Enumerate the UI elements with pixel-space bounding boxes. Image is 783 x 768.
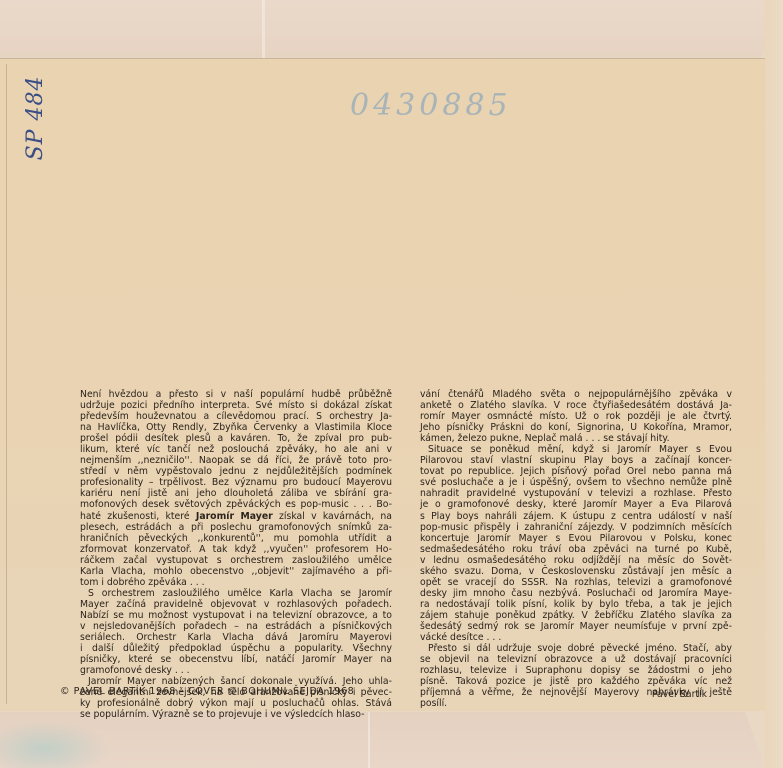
liner-notes-right-column: vání čtenářů Mladého světa o nejpopulárn…	[420, 389, 732, 720]
text-line: rozhlasu, televize i Supraphonu dopisy s…	[420, 665, 732, 676]
text-line: Není hvězdou a přesto si v naší populárn…	[80, 389, 392, 400]
text-line: kariéru není jistě ani jeho dlouholetá z…	[80, 488, 392, 499]
text-line: s Play boys nahráli zájem. K ústupu z ce…	[420, 511, 732, 522]
text-line: plesech, estrádách a při poslechu gramof…	[80, 522, 392, 533]
text-line: ského svazu. Doma, v Československu zůst…	[420, 566, 732, 577]
paragraph: Situace se poněkud mění, když si Jaromír…	[420, 444, 732, 643]
water-stain	[0, 720, 110, 768]
paragraph: Jaromír Mayer nabízených šancí dokonale …	[80, 676, 392, 720]
text-line: písně. Taková pozice je jistě pro každéh…	[420, 676, 732, 687]
text-line: Přesto si dál udržuje svoje dobré pěveck…	[420, 643, 732, 654]
text-line: je o gramofonové desky, které Jaromír Ma…	[420, 499, 732, 510]
text-line: písničky, které se obecenstvu líbí, natá…	[80, 654, 392, 665]
sleeve-right-edge	[765, 0, 783, 768]
text-line: ky profesionálně dobrý výkon mají u posl…	[80, 698, 392, 709]
copyright-line: © PAVEL BARTÍK 1968 – COVER © BOHUMIL ŠE…	[60, 686, 354, 697]
text-line: ráčkem začal vystupovat s orchestrem zas…	[80, 555, 392, 566]
text-line: vácké desítce . . .	[420, 632, 732, 643]
text-line: v nejsledovanějších pořadech – na estrád…	[80, 621, 392, 632]
paragraph: vání čtenářů Mladého světa o nejpopulárn…	[420, 389, 732, 444]
text-line: seriálech. Orchestr Karla Vlacha dává Ja…	[80, 632, 392, 643]
text-line: středí v něm vypěstovalo jednu z nejdůle…	[80, 466, 392, 477]
text-line: opět se vracejí do SSSR. Na rozhlas, tel…	[420, 577, 732, 588]
text-line: Jeho písničky Práskni do koní, Signorina…	[420, 422, 732, 433]
text-line: na Havlíčka, Otty Rendly, Zbyňka Červenk…	[80, 422, 392, 433]
text-line: Mayer začíná pravidelně objevovat v rozh…	[80, 599, 392, 610]
text-line: nahradit pravidelné vystupování v televi…	[420, 488, 732, 499]
handwritten-catalog-number: SP 484	[0, 93, 75, 143]
text-line: gramofonové desky . . .	[80, 665, 392, 676]
text-line: koncertuje Jaromír Mayer s Evou Pilarovo…	[420, 533, 732, 544]
text-line: Pilarovou staví vlastní skupinu Play boy…	[420, 455, 732, 466]
text-line: tom i dobrého zpěváka . . .	[80, 577, 392, 588]
text-line: zájem stahuje poněkud zpátky. V žebříčku…	[420, 610, 732, 621]
text-line: i další důležitý předpoklad úspěchu a po…	[80, 643, 392, 654]
artist-name: Jaromír Mayer	[196, 511, 273, 522]
sleeve-top-flap	[0, 0, 783, 62]
paragraph: S orchestrem zasloužilého umělce Karla V…	[80, 588, 392, 676]
handwritten-inventory-number: 0430885	[350, 88, 512, 123]
text-line: desky jim mnoho času nezbývá. Posluchači…	[420, 588, 732, 599]
author-signature: Pavel Bartík	[652, 689, 707, 700]
text-line: Karla Vlacha, mohlo obecenstvo ,,objevit…	[80, 566, 392, 577]
text-line: pop-music přispěly i zahraniční zájezdy.…	[420, 522, 732, 533]
crease	[262, 0, 265, 60]
paragraph: Není hvězdou a přesto si v naší populárn…	[80, 389, 392, 588]
text-line: mofonových desek světových zpěváckých es…	[80, 499, 392, 510]
text-line: anketě o Zlatého slavíka. V roce čtyřiaš…	[420, 400, 732, 411]
liner-notes-left-column: Není hvězdou a přesto si v naší populárn…	[80, 389, 392, 720]
text-line: kámen, železo pukne, Neplač malá . . . s…	[420, 433, 732, 444]
sleeve-edge	[6, 64, 7, 704]
text-line: nejmenším ,,nezničilo''. Naopak se dá ří…	[80, 455, 392, 466]
text-line: své posluchače a je i úspěšný, ovšem to …	[420, 477, 732, 488]
text-line: ra nedostávají tolik písní, kolik by byl…	[420, 599, 732, 610]
text-line: likum, které víc tančí než poslouchá zpě…	[80, 444, 392, 455]
text-line: šedesátý sedmý rok se Jaromír Mayer neum…	[420, 621, 732, 632]
liner-notes: Není hvězdou a přesto si v naší populárn…	[80, 389, 732, 720]
text-line: Situace se poněkud mění, když si Jaromír…	[420, 444, 732, 455]
text-line: se populárním. Výrazně se to projevuje i…	[80, 709, 392, 720]
text-line: zformovat konzervatoř. A tak když ,,vyuč…	[80, 544, 392, 555]
text-line: prošel pódii desítek plesů a kaváren. To…	[80, 433, 392, 444]
text-line: se objevil na televizní obrazovce a už d…	[420, 654, 732, 665]
text-line: Nabízí se mu možnost vystupovat i na tel…	[80, 610, 392, 621]
text-line: profesionality – trpělivost. Bez významu…	[80, 477, 392, 488]
text-line: v lednu osmašedesátého roku odjíždějí na…	[420, 555, 732, 566]
text-line: vání čtenářů Mladého světa o nejpopulárn…	[420, 389, 732, 400]
text-line: tovat po republice. Jejich písňový pořad…	[420, 466, 732, 477]
text-line: S orchestrem zasloužilého umělce Karla V…	[80, 588, 392, 599]
text-line: haté zkušenosti, které Jaromír Mayer zís…	[80, 511, 392, 522]
text-line: především houževnatou a cílevědomou prac…	[80, 411, 392, 422]
text-line: romír Mayer osmnácté místo. Už o rok poz…	[420, 411, 732, 422]
text-line: hraničních pěveckých ,,konkurentů'', mu …	[80, 533, 392, 544]
text-line: sedmašedesátého roku tráví oba zpěváci n…	[420, 544, 732, 555]
text-line: udržuje pozici předního interpreta. Své …	[80, 400, 392, 411]
